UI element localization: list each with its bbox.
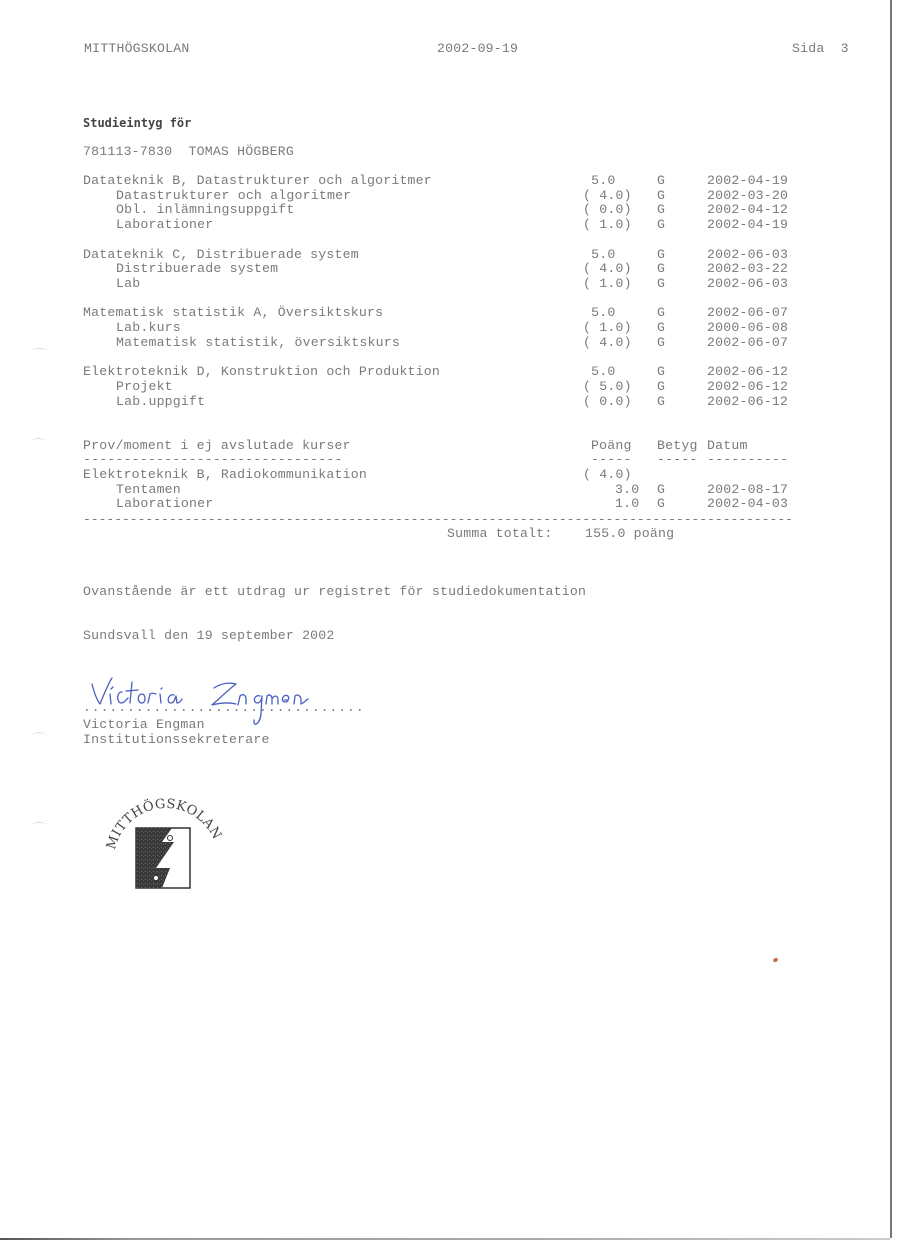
- module-course-grade: G: [657, 203, 665, 218]
- module-course-points: 1.0: [615, 497, 639, 512]
- module-course-name: Datastrukturer och algoritmer: [83, 189, 351, 204]
- page-edge-right: [890, 0, 892, 1238]
- margin-mark: [32, 732, 46, 739]
- module-course-grade: G: [657, 380, 665, 395]
- grade-underline: -----: [657, 453, 698, 468]
- course-name: Matematisk statistik A, Översiktskurs: [83, 306, 383, 321]
- course-points: ( 4.0): [583, 468, 632, 483]
- total-separator: ----------------------------------------…: [83, 513, 795, 527]
- course-points: 5.0: [583, 306, 615, 321]
- module-course-date: 2000-06-08: [707, 321, 788, 336]
- margin-mark: [32, 438, 46, 445]
- module-course-date: 2002-06-12: [707, 380, 788, 395]
- institution-header: MITTHÖGSKOLAN: [84, 42, 189, 57]
- module-course-date: 2002-04-19: [707, 218, 788, 233]
- course-points: 5.0: [583, 248, 615, 263]
- module-course-name: Lab: [83, 277, 140, 292]
- module-course-grade: G: [657, 262, 665, 277]
- course-grade: G: [657, 248, 665, 263]
- module-course-name: Distribuerade system: [83, 262, 278, 277]
- place-and-date: Sundsvall den 19 september 2002: [83, 629, 335, 644]
- signature-line: ........................................: [83, 700, 363, 715]
- module-course-points: ( 4.0): [583, 189, 632, 204]
- module-course-grade: G: [657, 321, 665, 336]
- module-course-date: 2002-06-03: [707, 277, 788, 292]
- module-course-points: ( 0.0): [583, 395, 632, 410]
- points-underline: -----: [591, 453, 632, 468]
- module-course-grade: G: [657, 336, 665, 351]
- module-course-date: 2002-03-22: [707, 262, 788, 277]
- course-date: 2002-06-03: [707, 248, 788, 263]
- module-course-name: Lab.kurs: [83, 321, 181, 336]
- module-course-points: ( 1.0): [583, 321, 632, 336]
- page-edge-bottom: [0, 1238, 890, 1240]
- margin-mark: [32, 822, 46, 827]
- module-course-points: ( 4.0): [583, 336, 632, 351]
- total-value: 155.0 poäng: [585, 527, 674, 542]
- course-grade: G: [657, 174, 665, 189]
- module-course-name: Laborationer: [83, 497, 213, 512]
- course-points: 5.0: [583, 365, 615, 380]
- margin-mark: [32, 348, 46, 353]
- page-number: Sida 3: [792, 42, 849, 57]
- module-course-points: ( 4.0): [583, 262, 632, 277]
- module-course-grade: G: [657, 277, 665, 292]
- university-stamp-logo: MITTHÖGSKOLAN: [100, 790, 230, 895]
- heading-underline: --------------------------------: [83, 453, 343, 468]
- document-title: Studieintyg för: [83, 116, 191, 130]
- date-underline: ----------: [707, 453, 788, 468]
- module-course-points: ( 1.0): [583, 218, 632, 233]
- module-course-name: Projekt: [83, 380, 173, 395]
- paper-speck: [772, 957, 778, 963]
- module-course-grade: G: [657, 497, 665, 512]
- module-course-name: Laborationer: [83, 218, 213, 233]
- module-course-name: Tentamen: [83, 483, 181, 498]
- course-name: Datateknik C, Distribuerade system: [83, 248, 359, 263]
- signatory-role: Institutionssekreterare: [83, 733, 270, 748]
- module-course-date: 2002-04-12: [707, 203, 788, 218]
- module-course-name: Lab.uppgift: [83, 395, 205, 410]
- document-date: 2002-09-19: [437, 42, 518, 57]
- course-date: 2002-04-19: [707, 174, 788, 189]
- module-course-name: Matematisk statistik, översiktskurs: [83, 336, 400, 351]
- course-date: 2002-06-07: [707, 306, 788, 321]
- module-course-grade: G: [657, 218, 665, 233]
- student-id-name: 781113-7830 TOMAS HÖGBERG: [83, 145, 294, 160]
- module-course-grade: G: [657, 483, 665, 498]
- module-course-date: 2002-08-17: [707, 483, 788, 498]
- signatory-name: Victoria Engman: [83, 718, 205, 733]
- module-course-points: ( 0.0): [583, 203, 632, 218]
- module-course-grade: G: [657, 189, 665, 204]
- course-points: 5.0: [583, 174, 615, 189]
- module-course-date: 2002-06-07: [707, 336, 788, 351]
- course-name: Elektroteknik B, Radiokommunikation: [83, 468, 367, 483]
- module-course-date: 2002-06-12: [707, 395, 788, 410]
- module-course-date: 2002-03-20: [707, 189, 788, 204]
- module-course-points: ( 1.0): [583, 277, 632, 292]
- module-course-grade: G: [657, 395, 665, 410]
- module-course-date: 2002-04-03: [707, 497, 788, 512]
- course-date: 2002-06-12: [707, 365, 788, 380]
- module-course-points: ( 5.0): [583, 380, 632, 395]
- module-course-name: Obl. inlämningsuppgift: [83, 203, 295, 218]
- module-course-points: 3.0: [615, 483, 639, 498]
- course-grade: G: [657, 365, 665, 380]
- registry-statement: Ovanstående är ett utdrag ur registret f…: [83, 585, 586, 600]
- course-name: Datateknik B, Datastrukturer och algorit…: [83, 174, 432, 189]
- course-name: Elektroteknik D, Konstruktion och Produk…: [83, 365, 440, 380]
- course-grade: G: [657, 306, 665, 321]
- total-label: Summa totalt:: [447, 527, 552, 542]
